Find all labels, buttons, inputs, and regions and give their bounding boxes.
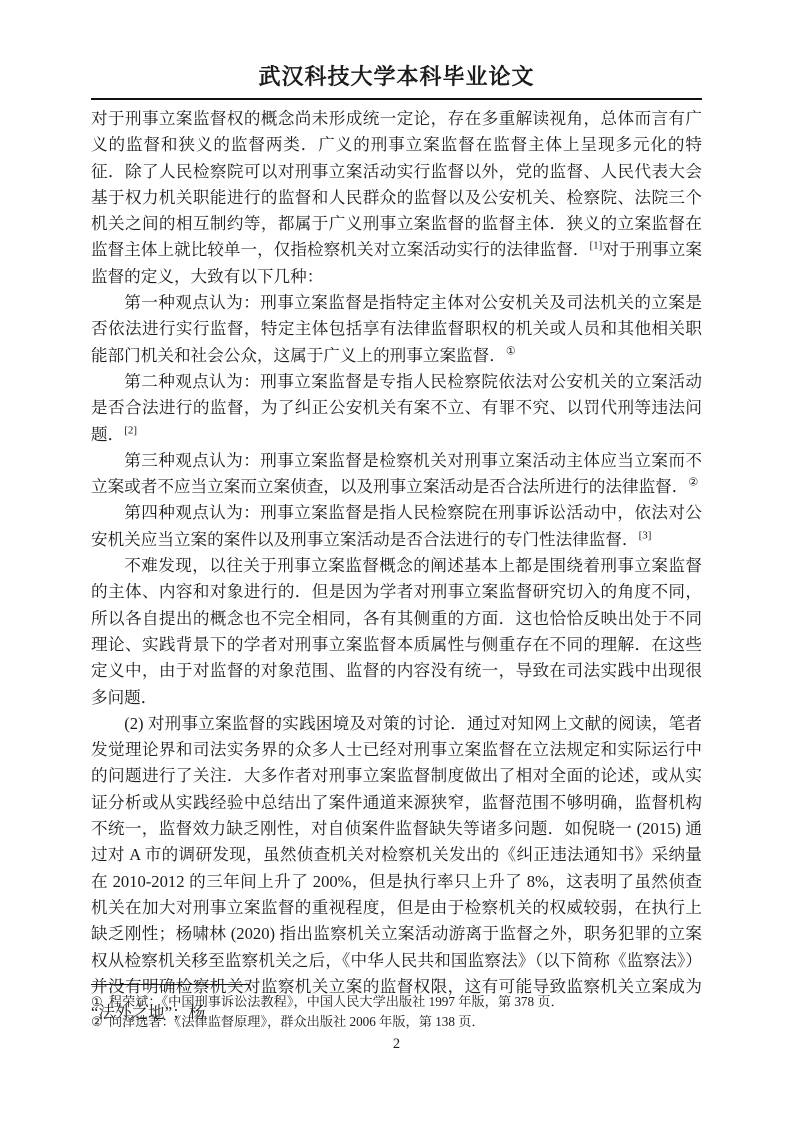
footnote-marker: ①	[91, 994, 103, 1009]
page-header-title: 武汉科技大学本科毕业论文	[91, 60, 702, 100]
paragraph: 第三种观点认为：刑事立案监督是检察机关对刑事立案活动主体应当立案而不立案或者不应…	[91, 448, 702, 501]
footnote-marker: ②	[91, 1014, 103, 1029]
footnote-ref: [2]	[124, 424, 137, 436]
paragraph: 不难发现，以往关于刑事立案监督概念的阐述基本上都是围绕着刑事立案监督的主体、内容…	[91, 553, 702, 711]
footnote-ref: [3]	[639, 529, 652, 541]
page-number: 2	[0, 1036, 793, 1053]
footnote-list: ①程荣斌：《中国刑事诉讼法教程》，中国人民大学出版社 1997 年版，第 378…	[91, 992, 702, 1032]
footnote: ①程荣斌：《中国刑事诉讼法教程》，中国人民大学出版社 1997 年版，第 378…	[91, 992, 702, 1012]
paragraph: 对于刑事立案监督权的概念尚未形成统一定论，存在多重解读视角，总体而言有广义的监督…	[91, 106, 702, 290]
document-page: 武汉科技大学本科毕业论文 对于刑事立案监督权的概念尚未形成统一定论，存在多重解读…	[0, 0, 793, 1122]
footnote-area: ①程荣斌：《中国刑事诉讼法教程》，中国人民大学出版社 1997 年版，第 378…	[91, 984, 702, 1032]
footnote-separator	[91, 984, 249, 985]
paragraph: (2) 对刑事立案监督的实践困境及对策的讨论．通过对知网上文献的阅读，笔者发觉理…	[91, 711, 702, 1027]
paragraph: 第二种观点认为：刑事立案监督是专指人民检察院依法对公安机关的立案活动是否合法进行…	[91, 369, 702, 448]
footnote-ref: ②	[688, 477, 698, 489]
footnote-ref: ①	[506, 345, 516, 357]
footnote-text: 向泽选著：《法律监督原理》，群众出版社 2006 年版，第 138 页．	[109, 1014, 485, 1029]
footnote: ②向泽选著：《法律监督原理》，群众出版社 2006 年版，第 138 页．	[91, 1012, 702, 1032]
body-paragraphs: 对于刑事立案监督权的概念尚未形成统一定论，存在多重解读视角，总体而言有广义的监督…	[91, 106, 702, 1026]
paragraph: 第一种观点认为：刑事立案监督是指特定主体对公安机关及司法机关的立案是否依法进行实…	[91, 290, 702, 369]
footnote-ref: [1]	[589, 240, 602, 252]
paragraph: 第四种观点认为：刑事立案监督是指人民检察院在刑事诉讼活动中，依法对公安机关应当立…	[91, 500, 702, 553]
footnote-text: 程荣斌：《中国刑事诉讼法教程》，中国人民大学出版社 1997 年版，第 378 …	[109, 994, 564, 1009]
